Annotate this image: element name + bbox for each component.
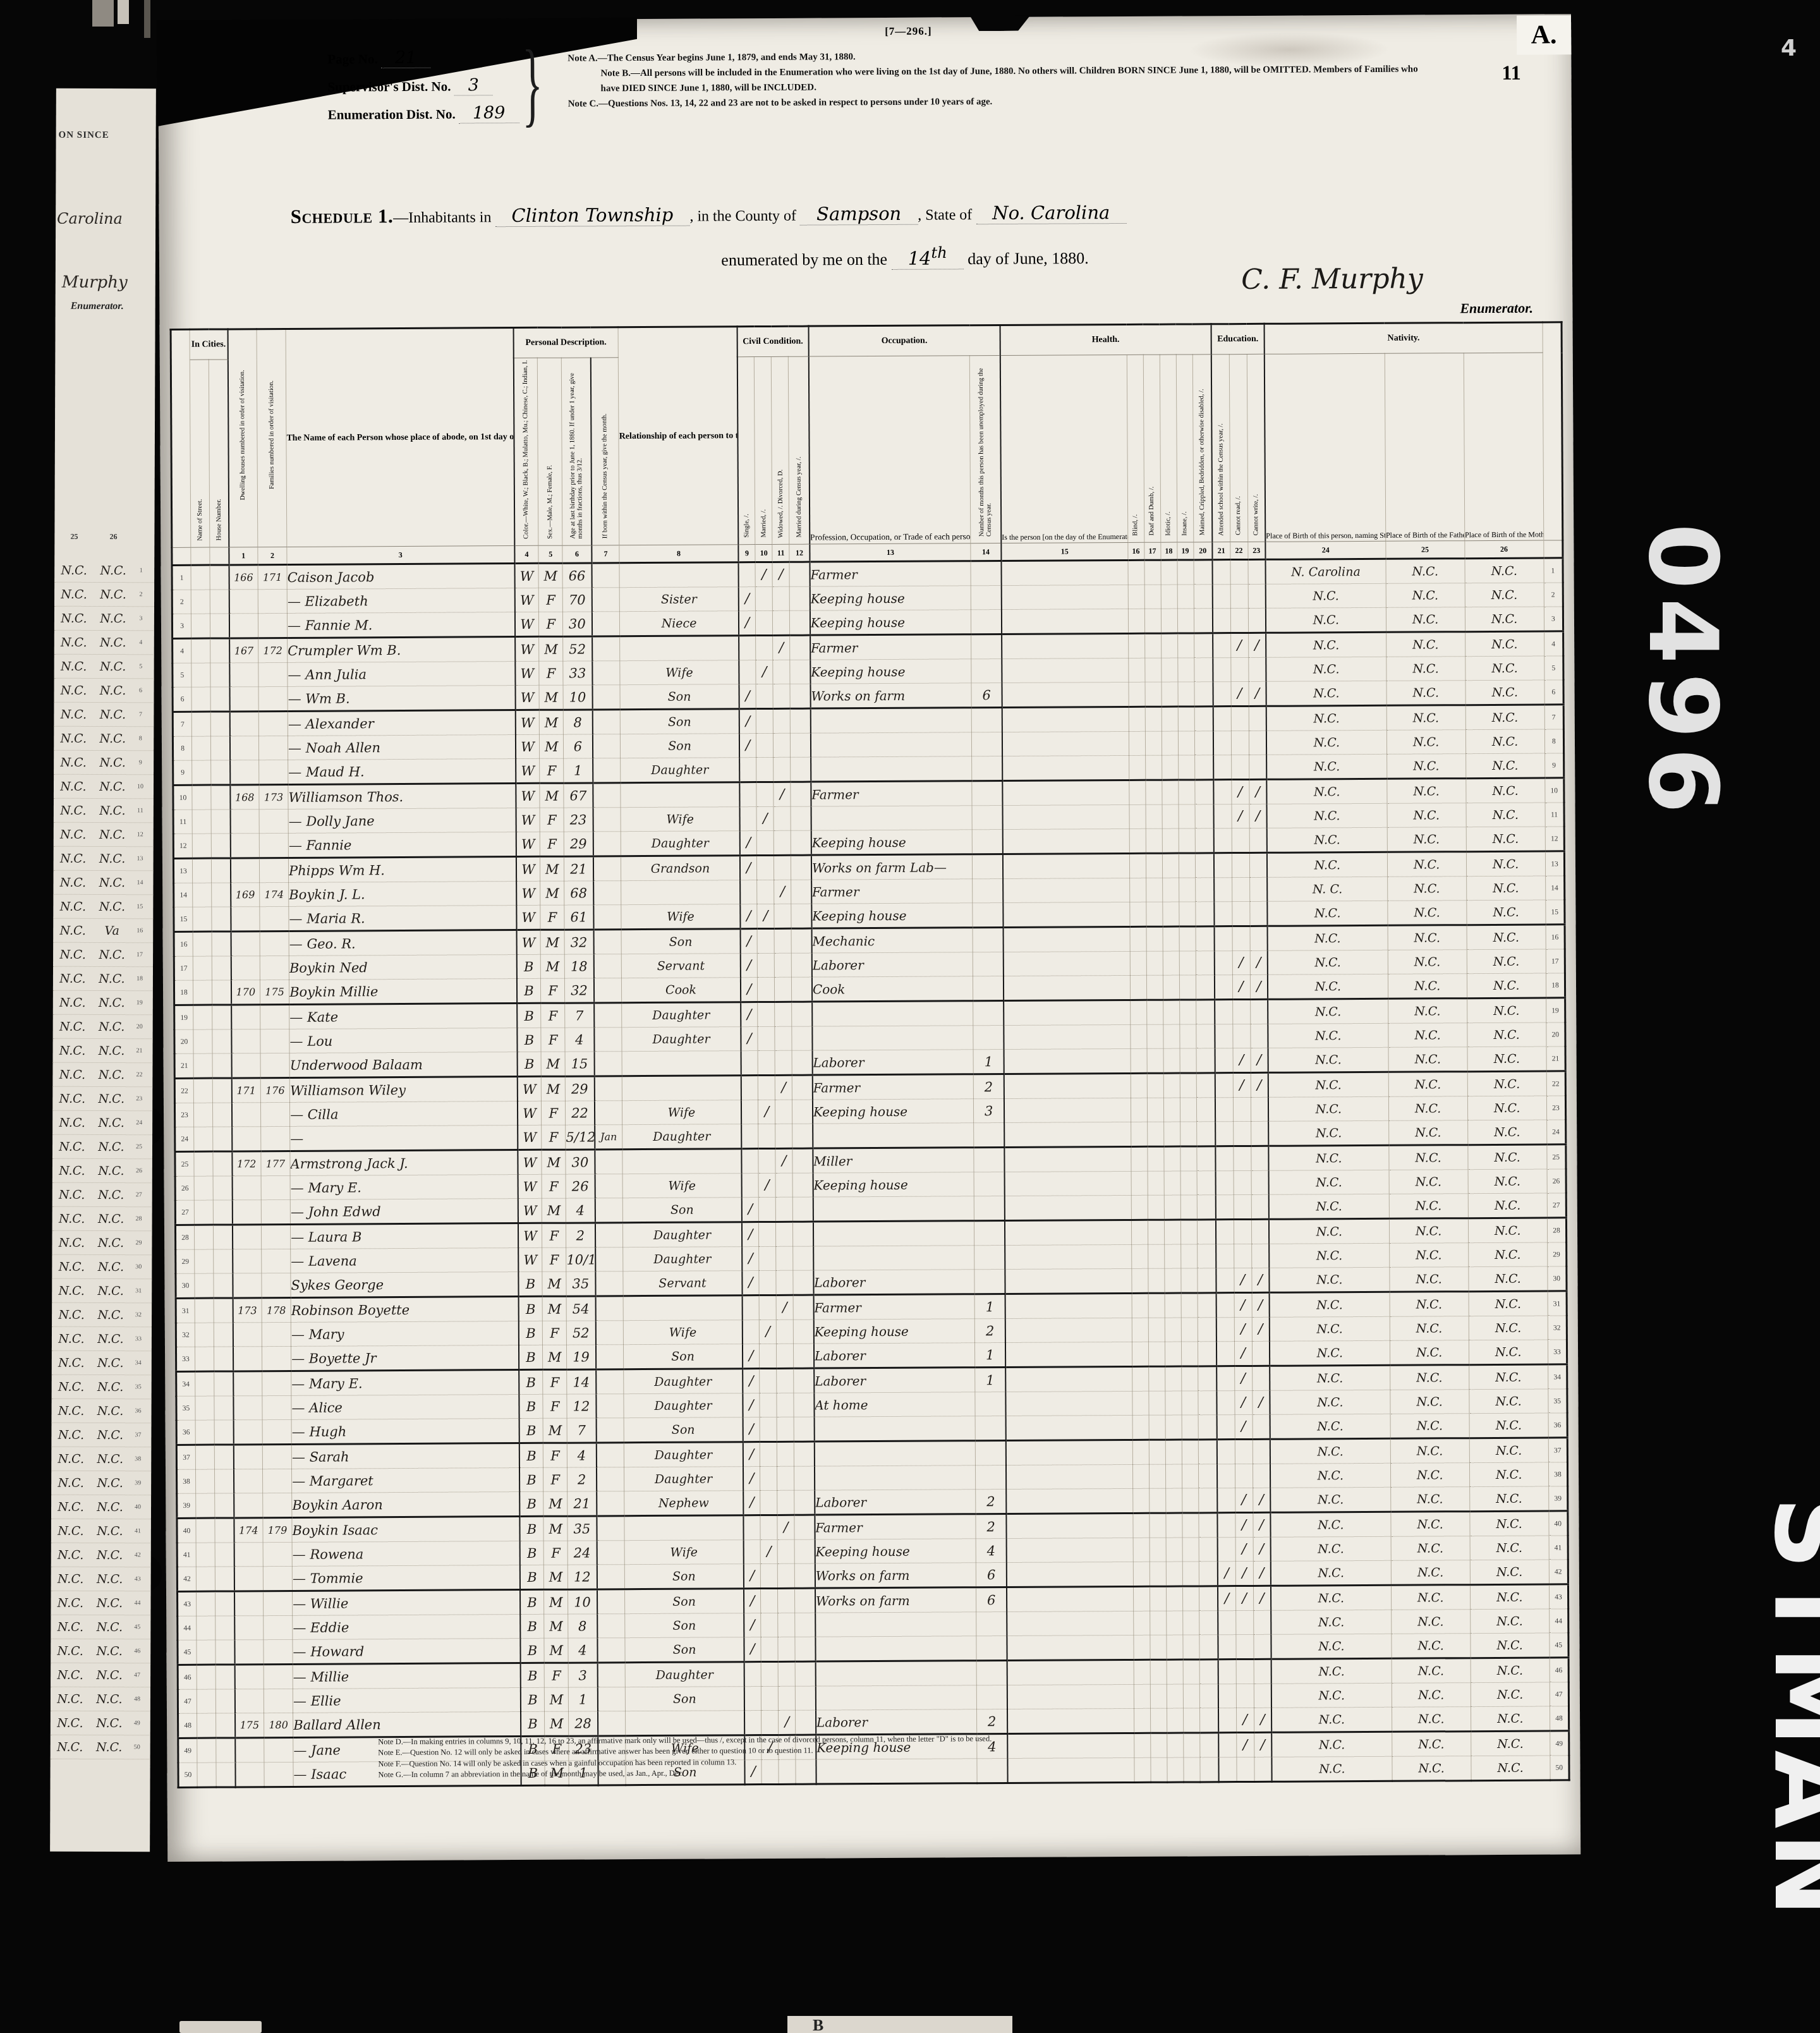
prev-page-birthplace: N.C. bbox=[92, 875, 131, 889]
relationship-value bbox=[626, 1711, 744, 1736]
cannot-write-mark: / bbox=[1248, 633, 1266, 657]
occupation-value bbox=[811, 732, 972, 757]
prev-page-birthplace: N.C. bbox=[92, 1067, 131, 1081]
birthplace-mother: N.C. bbox=[1468, 1169, 1547, 1194]
col-house-header: House Number. bbox=[209, 360, 229, 547]
insane-mark bbox=[1182, 1611, 1199, 1635]
prev-page-line-number: 47 bbox=[129, 1672, 145, 1678]
school-mark bbox=[1218, 1635, 1235, 1660]
blind-mark bbox=[1130, 1000, 1146, 1024]
birthplace-self: N.C. bbox=[1271, 1683, 1392, 1708]
person-name: Boykin Aaron bbox=[292, 1492, 519, 1518]
school-mark bbox=[1216, 1244, 1234, 1268]
relationship-value: Niece bbox=[620, 611, 739, 636]
single-mark bbox=[741, 1051, 758, 1076]
line-number-left: 12 bbox=[173, 834, 192, 858]
relationship-value bbox=[620, 636, 739, 661]
prev-page-line-number: 30 bbox=[130, 1263, 147, 1270]
cannot-read-mark: / bbox=[1231, 779, 1249, 804]
group-civil-condition: Civil Condition. bbox=[737, 326, 808, 357]
dwelling-number: 173 bbox=[233, 1298, 262, 1323]
birthplace-father: N.C. bbox=[1386, 632, 1465, 657]
dwelling-number bbox=[229, 736, 258, 760]
maimed-mark bbox=[1198, 1513, 1217, 1538]
insane-mark bbox=[1182, 1538, 1199, 1562]
birthplace-self: N.C. bbox=[1268, 950, 1388, 974]
insane-mark bbox=[1182, 1513, 1198, 1538]
cannot-read-mark: / bbox=[1235, 1414, 1253, 1439]
color-value: B bbox=[519, 1443, 543, 1467]
sickness-value bbox=[1004, 1073, 1131, 1098]
birth-month-value bbox=[592, 612, 620, 636]
prev-page-row: N.C.N.C.23 bbox=[52, 1087, 152, 1112]
prev-page-row: N.C.N.C.30 bbox=[52, 1255, 152, 1280]
prev-page-birthplace: N.C. bbox=[52, 1235, 91, 1249]
married-mark: / bbox=[756, 660, 773, 684]
house-number-cell bbox=[211, 858, 230, 883]
widowed-mark bbox=[773, 757, 791, 782]
birth-month-value bbox=[594, 1003, 622, 1028]
sex-value: F bbox=[543, 1443, 567, 1467]
prev-page-birthplace: N.C. bbox=[51, 1548, 90, 1562]
unemployed-months bbox=[976, 1441, 1006, 1466]
school-mark bbox=[1214, 828, 1232, 853]
maimed-mark bbox=[1196, 926, 1215, 951]
married-census-mark bbox=[791, 708, 811, 733]
col-relationship-header: Relationship of each person to the head … bbox=[618, 327, 738, 545]
prev-page-birthplace: N.C. bbox=[90, 1716, 129, 1730]
age-value: 12 bbox=[567, 1394, 596, 1418]
color-value: W bbox=[515, 685, 539, 710]
dwelling-number: 174 bbox=[234, 1518, 263, 1543]
birthplace-self: N.C. bbox=[1266, 583, 1386, 608]
street-cell bbox=[197, 1738, 216, 1763]
sickness-value bbox=[1003, 926, 1129, 952]
prev-page-row: N.C.N.C.24 bbox=[52, 1111, 152, 1136]
maimed-mark bbox=[1199, 1538, 1218, 1562]
single-mark: / bbox=[744, 1589, 761, 1613]
blind-mark bbox=[1131, 1171, 1148, 1195]
family-number: 178 bbox=[262, 1297, 291, 1322]
deaf-mark bbox=[1145, 780, 1162, 804]
birthplace-self: N.C. bbox=[1266, 779, 1386, 804]
line-number-left: 8 bbox=[173, 736, 191, 760]
widowed-mark bbox=[775, 1124, 792, 1148]
birthplace-mother: N.C. bbox=[1465, 753, 1544, 779]
age-value: 67 bbox=[564, 783, 593, 808]
color-value: B bbox=[517, 1028, 541, 1052]
single-mark: / bbox=[744, 1613, 761, 1637]
unemployed-months bbox=[974, 1172, 1004, 1196]
deaf-mark bbox=[1145, 755, 1162, 780]
sex-value: M bbox=[544, 1614, 568, 1638]
prev-page-birthplace: N.C. bbox=[53, 899, 92, 913]
house-number-cell bbox=[212, 907, 231, 932]
insane-mark bbox=[1179, 878, 1195, 902]
maimed-mark bbox=[1198, 1488, 1217, 1513]
line-number-right: 36 bbox=[1548, 1413, 1567, 1438]
age-value: 6 bbox=[564, 734, 593, 758]
idiotic-mark bbox=[1162, 878, 1179, 902]
birthplace-father: N.C. bbox=[1389, 1218, 1468, 1244]
prev-page-birthplace: N.C. bbox=[53, 995, 92, 1009]
married-census-mark bbox=[791, 782, 811, 806]
line-number-right: 11 bbox=[1545, 803, 1564, 827]
family-number bbox=[258, 736, 288, 760]
married-census-mark bbox=[793, 1295, 813, 1320]
dwelling-number bbox=[232, 1176, 261, 1200]
cannot-write-mark bbox=[1253, 1464, 1270, 1488]
deaf-mark bbox=[1144, 633, 1161, 658]
insane-mark bbox=[1182, 1586, 1199, 1611]
maimed-mark bbox=[1194, 682, 1213, 707]
married-census-mark bbox=[792, 1124, 813, 1148]
prev-page-birthplace: N.C. bbox=[92, 1139, 131, 1153]
deaf-mark bbox=[1146, 853, 1162, 878]
insane-mark bbox=[1179, 1024, 1196, 1048]
col-number-8: 8 bbox=[619, 545, 738, 563]
widowed-mark bbox=[778, 1661, 795, 1686]
idiotic-mark bbox=[1163, 926, 1179, 951]
house-number-cell bbox=[210, 638, 229, 663]
birthplace-mother: N.C. bbox=[1467, 1023, 1546, 1047]
married-census-mark bbox=[795, 1563, 815, 1588]
single-mark: / bbox=[742, 1198, 759, 1222]
dwelling-number bbox=[229, 663, 258, 687]
prev-page-birthplace: N.C. bbox=[92, 1163, 131, 1177]
birthplace-self: N.C. bbox=[1269, 1194, 1389, 1219]
widowed-mark bbox=[775, 1173, 792, 1197]
line-number-blank bbox=[172, 547, 191, 565]
single-mark bbox=[740, 880, 757, 904]
frame-letter: A. bbox=[1531, 20, 1557, 50]
cannot-read-mark bbox=[1231, 731, 1249, 755]
cannot-write-mark bbox=[1248, 584, 1266, 608]
col-number-24: 24 bbox=[1265, 541, 1385, 559]
married-census-mark bbox=[791, 855, 811, 880]
school-mark bbox=[1218, 1538, 1235, 1562]
birth-month-value bbox=[593, 905, 621, 930]
cannot-read-mark bbox=[1234, 1244, 1251, 1268]
single-mark bbox=[738, 562, 755, 587]
street-cell bbox=[194, 1176, 213, 1200]
unemployed-months bbox=[974, 1196, 1005, 1221]
blind-mark bbox=[1131, 1048, 1147, 1073]
sickness-value bbox=[1002, 658, 1128, 683]
house-number-cell bbox=[216, 1763, 235, 1787]
school-mark bbox=[1217, 1464, 1235, 1488]
color-value: W bbox=[518, 1174, 542, 1198]
prev-page-birthplace: N.C. bbox=[90, 1644, 129, 1658]
prev-page-birthplace: N.C. bbox=[92, 1211, 131, 1225]
deaf-mark bbox=[1149, 1415, 1165, 1440]
married-mark bbox=[761, 1613, 778, 1637]
sickness-value bbox=[1007, 1684, 1134, 1709]
street-cell bbox=[193, 883, 212, 907]
unemployed-months: 2 bbox=[975, 1319, 1005, 1343]
maimed-mark bbox=[1198, 1391, 1216, 1415]
line-number-right: 19 bbox=[1546, 998, 1565, 1023]
cannot-write-mark bbox=[1251, 1146, 1268, 1170]
prev-page-line-number: 9 bbox=[132, 759, 149, 766]
film-reel-number: 0496 bbox=[1627, 523, 1737, 822]
unemployed-months bbox=[973, 903, 1003, 928]
line-number-left: 1 bbox=[172, 565, 191, 590]
birth-month-value bbox=[595, 1174, 622, 1198]
prev-page-birthplace: N.C. bbox=[51, 1620, 90, 1634]
person-name: — bbox=[290, 1126, 518, 1151]
prev-page-line-number: 13 bbox=[132, 855, 149, 862]
dwelling-number bbox=[230, 858, 259, 883]
dwelling-number bbox=[231, 907, 260, 932]
street-cell bbox=[195, 1469, 214, 1493]
color-value: W bbox=[518, 1101, 542, 1125]
birthplace-mother: N.C. bbox=[1467, 1096, 1546, 1120]
occupation-value: Keeping house bbox=[815, 1539, 976, 1563]
birthplace-father: N.C. bbox=[1389, 1170, 1468, 1194]
single-mark bbox=[741, 1100, 758, 1124]
family-number bbox=[258, 613, 287, 638]
deaf-mark bbox=[1150, 1562, 1166, 1586]
maimed-mark bbox=[1196, 951, 1215, 975]
married-census-mark bbox=[794, 1393, 814, 1417]
widowed-mark: / bbox=[773, 782, 791, 806]
birthplace-father: N.C. bbox=[1386, 754, 1465, 779]
sickness-value bbox=[1007, 1635, 1133, 1660]
unemployed-months bbox=[977, 1685, 1007, 1709]
street-cell bbox=[193, 907, 212, 932]
color-value: B bbox=[521, 1687, 545, 1711]
dwelling-number bbox=[229, 687, 258, 712]
fragment-letter: B bbox=[813, 2016, 823, 2033]
sickness-value bbox=[1006, 1513, 1132, 1538]
col-families-header: Families numbered in order of visitation… bbox=[257, 329, 287, 547]
col-number-25: 25 bbox=[1385, 541, 1464, 559]
sickness-value bbox=[1006, 1415, 1132, 1440]
dwelling-number bbox=[231, 1005, 260, 1029]
school-mark bbox=[1214, 804, 1232, 828]
married-mark bbox=[761, 1686, 779, 1710]
school-mark bbox=[1215, 926, 1232, 951]
deaf-mark bbox=[1146, 951, 1163, 975]
insane-mark bbox=[1183, 1660, 1199, 1684]
prev-page-line-number: 33 bbox=[130, 1335, 147, 1342]
sickness-value bbox=[1005, 1391, 1132, 1416]
person-name: Williamson Thos. bbox=[288, 784, 516, 810]
maimed-mark bbox=[1198, 1318, 1216, 1342]
house-number-blank bbox=[210, 547, 229, 565]
house-number-cell bbox=[214, 1273, 233, 1298]
dwelling-number bbox=[234, 1543, 263, 1567]
married-mark bbox=[758, 1075, 775, 1100]
person-name: — Tommie bbox=[292, 1565, 519, 1591]
married-mark bbox=[760, 1393, 777, 1417]
maimed-mark bbox=[1197, 1171, 1216, 1195]
birthplace-self: N.C. bbox=[1270, 1438, 1390, 1464]
dwelling-number bbox=[233, 1396, 262, 1420]
cannot-write-mark: / bbox=[1251, 1072, 1268, 1097]
sickness-value bbox=[1007, 1562, 1133, 1587]
person-name: Caison Jacob bbox=[287, 564, 514, 590]
prev-page-line-number: 23 bbox=[131, 1095, 147, 1102]
married-census-mark bbox=[795, 1613, 815, 1637]
cannot-read-mark bbox=[1235, 1610, 1253, 1634]
group-personal-description: Personal Description. bbox=[513, 327, 618, 358]
birthplace-self: N.C. bbox=[1267, 803, 1387, 828]
married-mark bbox=[760, 1417, 777, 1441]
widowed-mark bbox=[774, 855, 791, 880]
line-number-left: 27 bbox=[175, 1200, 194, 1225]
prev-page-birthplace: N.C. bbox=[90, 1620, 129, 1634]
line-number-left: 16 bbox=[174, 932, 193, 956]
birth-month-value bbox=[594, 1028, 622, 1052]
cannot-write-mark bbox=[1251, 1194, 1269, 1219]
blind-mark bbox=[1129, 804, 1146, 828]
house-number-cell bbox=[212, 932, 231, 956]
birthplace-father: N.C. bbox=[1386, 559, 1465, 584]
sex-value: M bbox=[542, 1150, 566, 1174]
sex-value: M bbox=[544, 1687, 568, 1711]
school-mark bbox=[1213, 731, 1231, 755]
house-number-cell bbox=[211, 785, 230, 810]
prev-page-birthplace: N.C. bbox=[51, 1500, 90, 1514]
idiotic-mark bbox=[1165, 1488, 1182, 1513]
prev-page-birthplace: N.C. bbox=[52, 1308, 91, 1321]
married-census-mark bbox=[791, 757, 811, 782]
birthplace-self: N.C. bbox=[1270, 1316, 1390, 1341]
deaf-mark bbox=[1145, 731, 1162, 755]
prev-page-row: N.C.N.C.42 bbox=[51, 1543, 151, 1568]
house-number-cell bbox=[215, 1616, 234, 1640]
birthplace-self: N.C. bbox=[1266, 681, 1386, 706]
insane-mark bbox=[1178, 755, 1194, 780]
dwelling-number: 169 bbox=[231, 883, 260, 907]
form-code: [7—296.] bbox=[885, 25, 932, 38]
prev-page-birthplace: N.C. bbox=[54, 827, 93, 841]
color-value: W bbox=[516, 881, 540, 905]
prev-page-line-number: 4 bbox=[133, 639, 149, 646]
birthplace-father: N.C. bbox=[1388, 925, 1467, 950]
birth-month-value bbox=[596, 1394, 624, 1418]
widowed-mark bbox=[775, 1050, 792, 1075]
house-number-cell bbox=[214, 1445, 233, 1469]
sex-value: F bbox=[540, 758, 564, 783]
prev-page-birthplace: N.C. bbox=[92, 1043, 131, 1057]
widowed-mark bbox=[777, 1344, 794, 1368]
school-mark bbox=[1213, 682, 1231, 707]
birth-month-value bbox=[593, 930, 621, 954]
birthplace-self: N.C. bbox=[1269, 1243, 1389, 1268]
cannot-write-mark bbox=[1254, 1684, 1271, 1708]
sex-value: M bbox=[539, 710, 563, 734]
idiotic-mark bbox=[1160, 560, 1177, 585]
color-value: B bbox=[519, 1394, 543, 1418]
married-census-mark bbox=[792, 1026, 812, 1050]
street-cell bbox=[191, 712, 210, 736]
unemployed-months bbox=[972, 806, 1002, 830]
birthplace-father: N.C. bbox=[1386, 705, 1465, 731]
col-blind-header: Blind, /. bbox=[1127, 355, 1144, 542]
prev-page-birthplace: N.C. bbox=[53, 971, 92, 985]
sickness-value bbox=[1004, 1000, 1130, 1025]
idiotic-mark bbox=[1165, 1440, 1182, 1464]
line-number-right: 44 bbox=[1549, 1609, 1568, 1633]
widowed-mark bbox=[774, 830, 791, 855]
schedule-inhabitants: —Inhabitants in bbox=[393, 209, 491, 226]
house-number-cell bbox=[214, 1298, 233, 1323]
unemployed-months bbox=[975, 1416, 1005, 1441]
birthplace-self: N.C. bbox=[1271, 1585, 1391, 1610]
prev-page-row: N.C.N.C.49 bbox=[51, 1711, 150, 1736]
person-name: Phipps Wm H. bbox=[288, 857, 516, 883]
deaf-mark bbox=[1148, 1171, 1164, 1195]
prev-page-birthplace: N.C. bbox=[52, 1187, 92, 1201]
single-mark bbox=[743, 1320, 760, 1344]
single-mark: / bbox=[741, 978, 758, 1002]
enumerator-label: Enumerator. bbox=[1460, 300, 1533, 317]
insane-mark bbox=[1182, 1415, 1198, 1440]
age-value: 10 bbox=[568, 1589, 597, 1614]
maimed-mark bbox=[1198, 1415, 1217, 1440]
house-number-cell bbox=[212, 1078, 231, 1103]
relationship-value bbox=[622, 1076, 741, 1101]
idiotic-mark bbox=[1166, 1611, 1182, 1635]
birthplace-mother: N.C. bbox=[1469, 1389, 1548, 1414]
birthplace-mother: N.C. bbox=[1469, 1438, 1548, 1463]
age-value: 7 bbox=[565, 1003, 594, 1028]
birth-month-value bbox=[595, 1223, 623, 1247]
birthplace-father: N.C. bbox=[1386, 657, 1465, 681]
birth-month-value bbox=[595, 1101, 622, 1125]
cannot-write-mark: / bbox=[1251, 1048, 1268, 1072]
single-mark bbox=[739, 660, 756, 684]
sickness-value bbox=[1007, 1586, 1133, 1611]
married-mark bbox=[761, 1588, 778, 1613]
idiotic-mark bbox=[1167, 1660, 1183, 1684]
prev-page-row: N.C.N.C.27 bbox=[52, 1183, 152, 1208]
cannot-write-mark bbox=[1253, 1439, 1270, 1464]
deaf-mark bbox=[1148, 1244, 1164, 1268]
cannot-read-mark: / bbox=[1232, 974, 1250, 999]
line-number-right: 33 bbox=[1548, 1340, 1567, 1364]
birthplace-father: N.C. bbox=[1390, 1463, 1469, 1488]
cannot-write-mark bbox=[1251, 1244, 1269, 1268]
sex-value: F bbox=[540, 905, 564, 930]
cannot-read-mark bbox=[1233, 1146, 1251, 1170]
dwelling-number bbox=[233, 1249, 262, 1273]
line-number-left: 36 bbox=[176, 1420, 195, 1445]
married-mark: / bbox=[757, 904, 774, 928]
birthplace-father: N.C. bbox=[1388, 1023, 1467, 1048]
house-number-cell bbox=[215, 1567, 234, 1591]
deaf-mark bbox=[1148, 1391, 1165, 1415]
page-no-value: 21 bbox=[381, 48, 431, 68]
family-number bbox=[262, 1224, 291, 1249]
school-mark bbox=[1218, 1684, 1236, 1708]
line-number-left: 33 bbox=[176, 1347, 195, 1371]
prev-page-birthplace: N.C. bbox=[92, 995, 131, 1009]
birth-month-value bbox=[594, 978, 622, 1003]
relationship-value: Son bbox=[621, 734, 739, 758]
deaf-mark bbox=[1146, 804, 1162, 828]
school-mark bbox=[1218, 1611, 1235, 1635]
birthplace-mother: N.C. bbox=[1469, 1316, 1548, 1340]
line-number-right: 9 bbox=[1544, 753, 1563, 778]
sex-value: F bbox=[539, 612, 563, 636]
prev-page-row: N.C.N.C.5 bbox=[54, 655, 154, 679]
birth-month-value bbox=[593, 758, 621, 783]
birthplace-self: N.C. bbox=[1268, 925, 1388, 950]
